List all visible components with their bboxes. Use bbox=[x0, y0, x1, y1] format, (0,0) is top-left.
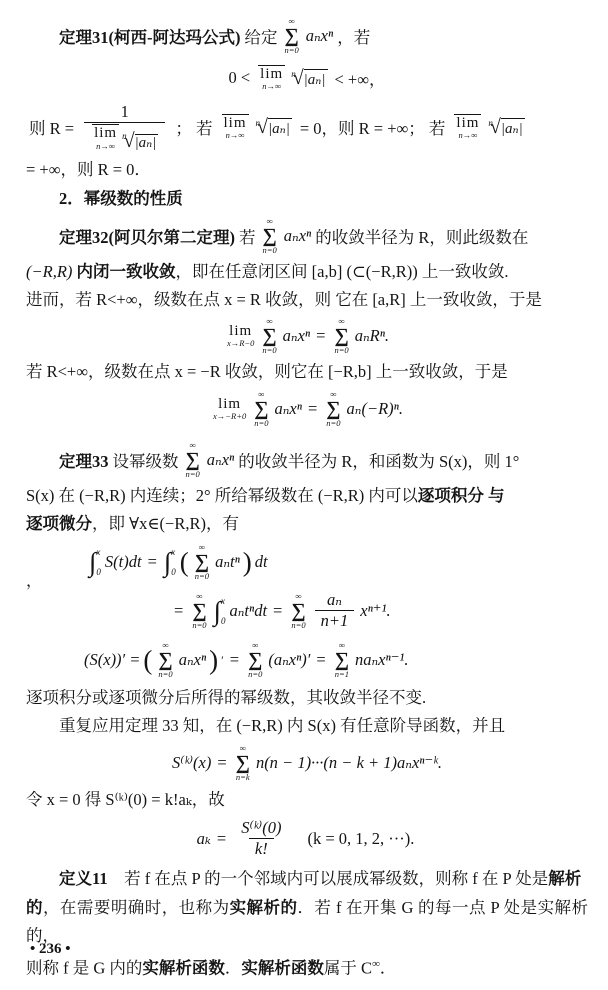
real-analytic-bold: 实解析的 bbox=[230, 898, 298, 917]
belongs-to-C: 属于 C bbox=[324, 959, 372, 978]
nth-root: n √ |aₙ| bbox=[122, 131, 158, 151]
nth-root: n √ |aₙ| bbox=[256, 117, 292, 137]
limsup: lim n→∞ bbox=[222, 114, 249, 141]
formula-abel-right: lim x→R−0 ∞ ∑ n=0 aₙxⁿ = ∞ ∑ n=0 aₙRⁿ. bbox=[26, 314, 588, 358]
big-paren-open: ( bbox=[180, 549, 189, 576]
condition-upper-bound: < +∞， bbox=[332, 66, 389, 90]
summation: ∞ ∑ n=0 bbox=[254, 390, 268, 428]
definition-11-text2: ，在需要明确时，也称为 bbox=[43, 898, 230, 917]
theorem-33-title: 定理33 bbox=[59, 448, 109, 472]
big-paren-close: ) bbox=[243, 549, 252, 576]
summation: ∞ ∑ n=1 bbox=[335, 641, 349, 679]
definition-11-text1: 若 f 在点 P 的一个邻域内可以展成幂级数，则称 f 在 P 处是 bbox=[124, 869, 548, 888]
summation: ∞ ∑ n=0 bbox=[291, 592, 305, 630]
final-period: ． bbox=[380, 959, 397, 978]
theorem-33-line3-text: ，即 ∀x∈(−R,R)，有 bbox=[92, 514, 239, 533]
analytic-bold: 解析 bbox=[548, 869, 581, 888]
limit: lim x→−R+0 bbox=[213, 397, 246, 422]
summation: ∞ ∑ n=0 bbox=[186, 441, 200, 479]
equals-sign: = bbox=[214, 829, 229, 849]
theorem-33-heading: 定理33 设幂级数 ∞ ∑ n=0 aₙxⁿ 的收敛半径为 R，和函数为 S(x… bbox=[26, 438, 588, 482]
summation: ∞ ∑ n=0 bbox=[326, 390, 340, 428]
definition-11-title: 定义11 bbox=[59, 869, 108, 888]
equals-sign: = bbox=[305, 399, 320, 419]
textbook-page: 定理31(柯西-阿达玛公式) 给定 ∞ ∑ n=0 aₙxⁿ ，若 0 < li… bbox=[0, 0, 608, 990]
formula-integral-2: = ∞ ∑ n=0 ∫ x 0 aₙtⁿdt = ∞ ∑ n=0 aₙ n+1 … bbox=[26, 586, 588, 636]
limsup: lim n→∞ bbox=[454, 114, 481, 141]
summation: ∞ ∑ n=0 bbox=[263, 217, 277, 255]
scan-artifact-comma: ， bbox=[26, 568, 42, 591]
equals-sign: = bbox=[313, 650, 328, 670]
let-series-text: 设幂级数 bbox=[113, 448, 179, 472]
real-analytic-function-bold: 实解析函数 bbox=[142, 959, 225, 978]
equals-sign: = bbox=[214, 753, 229, 773]
theorem-32-line3: 进而，若 R<+∞，级数在点 x = R 收敛，则 它在 [a,R] 上一致收敛… bbox=[26, 286, 588, 314]
analytic-suffix-bold: 的 bbox=[26, 898, 43, 917]
formula-integral-1: ∫ x 0 S(t)dt = ∫ x 0 ( ∞ ∑ n=0 aₙtⁿ ) dt bbox=[26, 538, 588, 586]
equals-sign: = bbox=[171, 601, 186, 621]
definition-11-line3: 则称 f 是 G 内的实解析函数．实解析函数属于 C∞． bbox=[26, 950, 588, 983]
integral-sign: ∫ bbox=[214, 598, 221, 625]
summation: ∞ ∑ n=0 bbox=[284, 17, 298, 55]
summation: ∞ ∑ n=0 bbox=[248, 641, 262, 679]
integral-limits: x 0 bbox=[96, 547, 101, 577]
prime-mark: ′ bbox=[221, 653, 224, 668]
kth-derivative-rhs: n(n − 1)···(n − k + 1)aₙxⁿ⁻ᵏ. bbox=[256, 753, 442, 773]
infinity-superscript: ∞ bbox=[372, 958, 380, 970]
theorem-32-line4: 若 R<+∞，级数在点 x = −R 收敛，则它在 [−R,b] 上一致收敛，于… bbox=[26, 358, 588, 386]
integral: ∫ x 0 bbox=[214, 596, 226, 626]
if-word: 若 bbox=[239, 224, 256, 248]
theorem-32-line1-text: 的收敛半径为 R，则此级数在 bbox=[315, 224, 528, 248]
real-analytic-function-bold-2: 实解析函数 bbox=[241, 959, 324, 978]
coefficient-fraction: aₙ n+1 bbox=[315, 591, 355, 631]
formula-abel-left: lim x→−R+0 ∞ ∑ n=0 aₙxⁿ = ∞ ∑ n=0 aₙ(−R)… bbox=[26, 386, 588, 432]
theorem-33-line3: 逐项微分，即 ∀x∈(−R,R)，有 bbox=[26, 510, 588, 538]
after-33-line2: 重复应用定理 33 知，在 (−R,R) 内 S(x) 有任意阶导函数，并且 bbox=[26, 712, 588, 740]
integral: ∫ x 0 bbox=[164, 547, 176, 577]
series-value-minus-R: aₙ(−R)ⁿ. bbox=[347, 399, 403, 419]
theorem-32-heading: 定理32(阿贝尔第二定理) 若 ∞ ∑ n=0 aₙxⁿ 的收敛半径为 R，则此… bbox=[26, 214, 588, 258]
limsup: lim n→∞ bbox=[92, 124, 119, 151]
after-33-line1: 逐项积分或逐项微分后所得的幂级数，其收敛半径不变. bbox=[26, 684, 588, 712]
definition-11-text4: 则称 f 是 G 内的 bbox=[26, 959, 142, 978]
summation: ∞ ∑ n=0 bbox=[334, 317, 348, 355]
after-33-line3: 令 x = 0 得 S⁽ᵏ⁾(0) = k!aₖ，故 bbox=[26, 786, 588, 814]
and-bold: 与 bbox=[484, 486, 505, 505]
kth-derivative-lhs: S⁽ᵏ⁾(x) bbox=[172, 753, 211, 773]
derivative-result: naₙxⁿ⁻¹. bbox=[355, 650, 409, 670]
theorem-31-title: 定理31(柯西-阿达玛公式) bbox=[59, 24, 240, 48]
interval: (−R,R) bbox=[26, 262, 77, 281]
termwise-differentiation-bold: 逐项微分 bbox=[26, 514, 92, 533]
termwise-integration-bold: 逐项积分 bbox=[418, 486, 484, 505]
definition-11-line2: 的，在需要明确时，也称为实解析的．若 f 在开集 G 的每一点 P 处是实解析的… bbox=[26, 894, 588, 950]
integrand-term: aₙtⁿdt bbox=[229, 601, 267, 621]
coefficient-lhs: aₖ bbox=[197, 829, 211, 849]
theorem-31-continuation: = +∞，则 R = 0． bbox=[26, 156, 588, 184]
formula-hadamard-condition: 0 < lim n→∞ n √ |aₙ| < +∞， bbox=[26, 58, 588, 98]
summation: ∞ ∑ n=0 bbox=[192, 592, 206, 630]
derivative-lhs: (S(x))′ = bbox=[84, 650, 140, 670]
series-term-t: aₙtⁿ bbox=[215, 552, 240, 572]
limsup: lim n→∞ bbox=[258, 65, 285, 92]
fraction-denominator: lim n→∞ n √ |aₙ| bbox=[84, 122, 165, 151]
series-value-R: aₙRⁿ. bbox=[355, 326, 389, 346]
period: ． bbox=[225, 959, 242, 978]
integrand-S: S(t)dt bbox=[105, 552, 142, 572]
equals-sign: = bbox=[270, 601, 285, 621]
big-paren-open: ( bbox=[143, 647, 152, 674]
series-term: aₙxⁿ bbox=[179, 650, 206, 670]
integral-limits: x 0 bbox=[171, 547, 176, 577]
equals-zero-then: = 0，则 R = +∞； 若 bbox=[297, 115, 449, 139]
equals-sign: = bbox=[313, 326, 328, 346]
theorem-32-line2: (−R,R) 内闭一致收敛，即在任意闭区间 [a,b] (⊂(−R,R)) 上一… bbox=[26, 258, 588, 286]
definition-11-line1: 定义11 若 f 在点 P 的一个邻域内可以展成幂级数，则称 f 在 P 处是解… bbox=[26, 864, 588, 894]
summation: ∞ ∑ n=0 bbox=[158, 641, 172, 679]
uniform-convergence-bold: 内闭一致收敛 bbox=[77, 262, 176, 281]
theorem-33-line2-text: S(x) 在 (−R,R) 内连续；2° 所给幂级数在 (−R,R) 内可以 bbox=[26, 486, 418, 505]
then-R-equals: 则 R = bbox=[26, 115, 77, 139]
formula-coefficient: aₖ = S⁽ᵏ⁾(0) k! (k = 0, 1, 2, ···). bbox=[26, 814, 588, 864]
summation: ∞ ∑ n=0 bbox=[195, 543, 209, 581]
condition-lower-bound: 0 < bbox=[225, 68, 253, 88]
page-number: • 236 • bbox=[30, 941, 71, 958]
semicolon-if: ； 若 bbox=[172, 115, 215, 139]
taylor-fraction: S⁽ᵏ⁾(0) k! bbox=[235, 819, 287, 859]
integral-limits: x 0 bbox=[221, 596, 226, 626]
termwise-derivative: (aₙxⁿ)′ bbox=[268, 650, 310, 670]
nth-root: n √ |aₙ| bbox=[488, 117, 524, 137]
theorem-31-given: 给定 bbox=[244, 24, 277, 48]
series-term: aₙxⁿ bbox=[306, 26, 333, 46]
radius-fraction: 1 lim n→∞ n √ |aₙ| bbox=[84, 103, 165, 151]
dt: dt bbox=[255, 552, 268, 572]
theorem-33-line2: S(x) 在 (−R,R) 内连续；2° 所给幂级数在 (−R,R) 内可以逐项… bbox=[26, 482, 588, 510]
formula-kth-derivative: S⁽ᵏ⁾(x) = ∞ ∑ n=k n(n − 1)···(n − k + 1)… bbox=[26, 740, 588, 786]
limit: lim x→R−0 bbox=[227, 324, 254, 349]
big-paren-close: ) bbox=[209, 647, 218, 674]
formula-radius: 则 R = 1 lim n→∞ n √ |aₙ| ； 若 lim n→∞ n √ bbox=[26, 98, 588, 156]
theorem-32-line2-text: ，即在任意闭区间 [a,b] (⊂(−R,R)) 上一致收敛. bbox=[176, 262, 509, 281]
theorem-31-if: ，若 bbox=[337, 24, 370, 48]
series-term: aₙxⁿ bbox=[274, 399, 301, 419]
formula-derivative: (S(x))′ = ( ∞ ∑ n=0 aₙxⁿ ) ′ = ∞ ∑ n=0 (… bbox=[26, 636, 588, 684]
theorem-32-title: 定理32(阿贝尔第二定理) bbox=[59, 224, 235, 248]
integral: ∫ x 0 bbox=[89, 547, 101, 577]
series-term: aₙxⁿ bbox=[207, 450, 234, 470]
summation: ∞ ∑ n=0 bbox=[262, 317, 276, 355]
theorem-33-line1-text: 的收敛半径为 R，和函数为 S(x)，则 1° bbox=[238, 448, 519, 472]
series-term: aₙxⁿ bbox=[284, 226, 311, 246]
x-power-term: xⁿ⁺¹. bbox=[360, 601, 390, 621]
index-range: (k = 0, 1, 2, ···). bbox=[293, 829, 417, 849]
equals-sign: = bbox=[227, 650, 242, 670]
nth-root: n √ |aₙ| bbox=[291, 68, 327, 88]
theorem-31-heading: 定理31(柯西-阿达玛公式) 给定 ∞ ∑ n=0 aₙxⁿ ，若 bbox=[26, 14, 588, 58]
equals-sign: = bbox=[145, 552, 160, 572]
series-term: aₙxⁿ bbox=[283, 326, 310, 346]
summation: ∞ ∑ n=k bbox=[236, 744, 250, 782]
section-2-heading: 2．幂级数的性质 bbox=[26, 184, 588, 214]
